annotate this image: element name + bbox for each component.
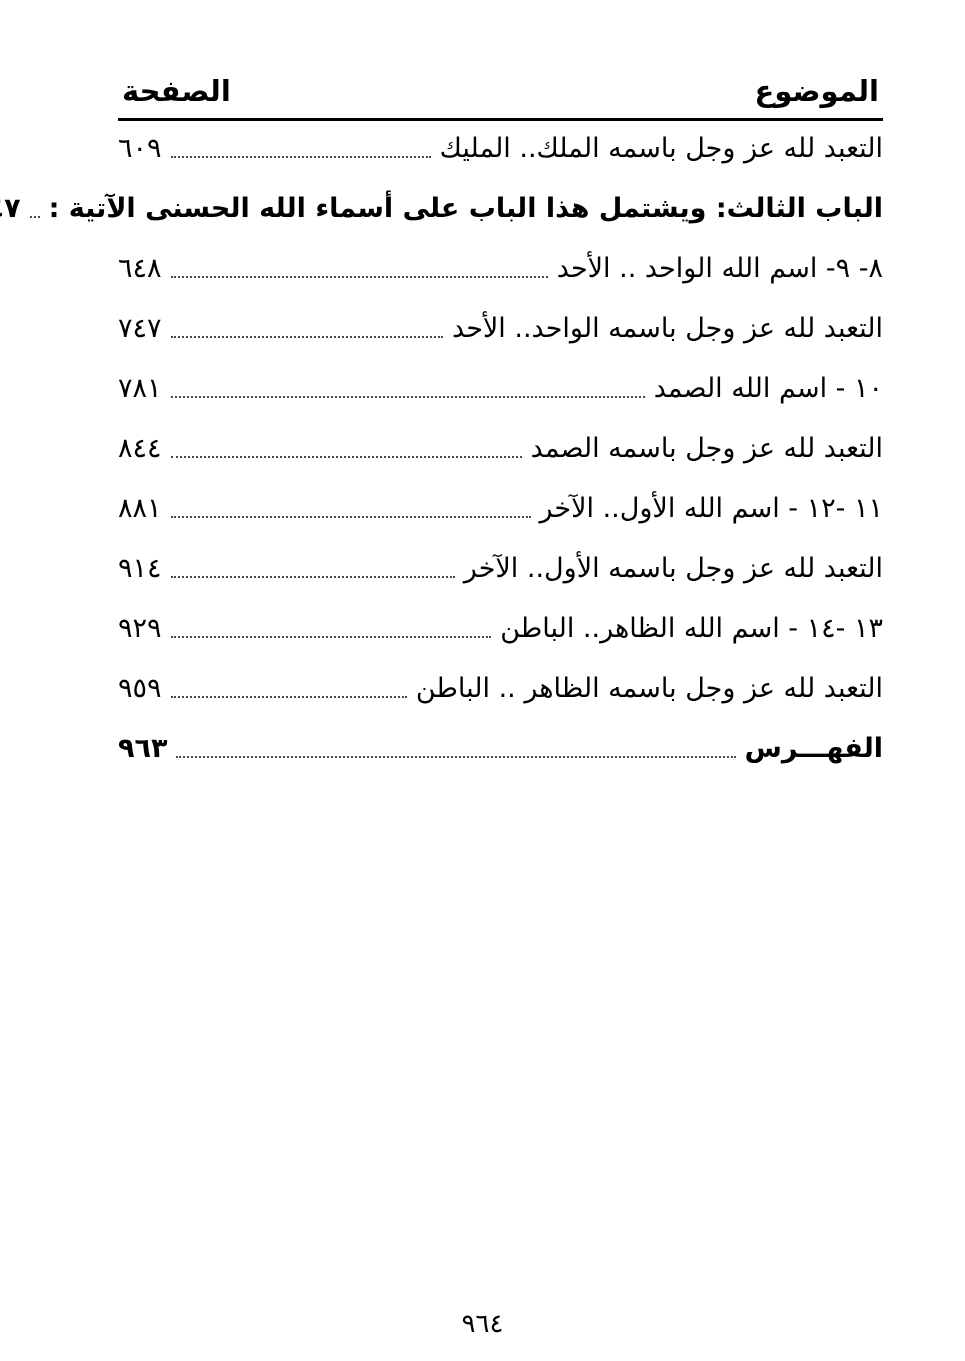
toc-entry-title: ١٠ - اسم الله الصمد — [654, 371, 883, 406]
toc-entry-page: ٦٠٩ — [118, 131, 162, 166]
toc-entry-page: ٧٤٧ — [118, 311, 162, 346]
dot-leader — [171, 456, 522, 458]
toc-entry-page: ٨٤٤ — [118, 431, 162, 466]
toc-entry-page: ٩٢٩ — [118, 611, 162, 646]
page-column-header: الصفحة — [122, 74, 231, 109]
toc-entry: ١٣ -١٤ - اسم الله الظاهر.. الباطن ٩٢٩ — [118, 607, 883, 650]
dot-leader — [171, 336, 444, 338]
toc-entry-page: ٨٨١ — [118, 491, 162, 526]
toc-entry-title: ١١ -١٢ - اسم الله الأول.. الآخر — [540, 491, 883, 526]
dot-leader — [176, 756, 735, 758]
toc-entry-title: ١٣ -١٤ - اسم الله الظاهر.. الباطن — [500, 611, 883, 646]
toc-list: التعبد لله عز وجل باسمه الملك.. المليك ٦… — [118, 127, 883, 770]
toc-entry-page: ٩٥٩ — [118, 671, 162, 706]
toc-entry-title: التعبد لله عز وجل باسمه الواحد.. الأحد — [452, 311, 883, 346]
dot-leader — [171, 576, 455, 578]
toc-entry-title: الباب الثالث: ويشتمل هذا الباب على أسماء… — [49, 191, 883, 226]
dot-leader — [171, 696, 407, 698]
toc-entry: ١١ -١٢ - اسم الله الأول.. الآخر ٨٨١ — [118, 487, 883, 530]
topic-column-header: الموضوع — [755, 74, 879, 109]
toc-entry-title: الفهـــرس — [745, 731, 883, 766]
toc-entry: الفهـــرس ٩٦٣ — [118, 727, 883, 770]
toc-content: الموضوع الصفحة التعبد لله عز وجل باسمه ا… — [0, 0, 965, 770]
toc-entry-title: التعبد لله عز وجل باسمه الصمد — [531, 431, 883, 466]
toc-entry-page: ٩١٤ — [118, 551, 162, 586]
toc-entry: ١٠ - اسم الله الصمد ٧٨١ — [118, 367, 883, 410]
toc-entry: التعبد لله عز وجل باسمه الملك.. المليك ٦… — [118, 127, 883, 170]
page-number: ٩٦٤ — [462, 1309, 504, 1339]
toc-entry-page: ٩٦٣ — [118, 731, 167, 766]
toc-entry-title: التعبد لله عز وجل باسمه الأول.. الآخر — [464, 551, 883, 586]
toc-entry: ٨- ٩- اسم الله الواحد .. الأحد ٦٤٨ — [118, 247, 883, 290]
toc-entry: التعبد لله عز وجل باسمه الأول.. الآخر ٩١… — [118, 547, 883, 590]
header-divider — [118, 118, 883, 121]
toc-entry-title: التعبد لله عز وجل باسمه الملك.. المليك — [440, 131, 883, 166]
toc-entry: التعبد لله عز وجل باسمه الواحد.. الأحد ٧… — [118, 307, 883, 350]
toc-page: الموضوع الصفحة التعبد لله عز وجل باسمه ا… — [0, 0, 965, 1361]
toc-entry-page: ٧٨١ — [118, 371, 162, 406]
dot-leader — [171, 396, 645, 398]
dot-leader — [171, 516, 531, 518]
toc-entry: الباب الثالث: ويشتمل هذا الباب على أسماء… — [118, 187, 883, 230]
dot-leader — [171, 276, 548, 278]
page-footer: ٩٦٤ — [0, 1309, 965, 1339]
dot-leader — [171, 636, 492, 638]
toc-entry-title: ٨- ٩- اسم الله الواحد .. الأحد — [557, 251, 883, 286]
toc-entry-page: ٦٤٨ — [118, 251, 162, 286]
column-headers: الموضوع الصفحة — [118, 74, 883, 109]
toc-entry: التعبد لله عز وجل باسمه الصمد ٨٤٤ — [118, 427, 883, 470]
toc-entry: التعبد لله عز وجل باسمه الظاهر .. الباطن… — [118, 667, 883, 710]
dot-leader — [30, 216, 40, 218]
toc-entry-page: ٦٤٧ — [0, 191, 21, 226]
toc-entry-title: التعبد لله عز وجل باسمه الظاهر .. الباطن — [416, 671, 883, 706]
dot-leader — [171, 156, 431, 158]
